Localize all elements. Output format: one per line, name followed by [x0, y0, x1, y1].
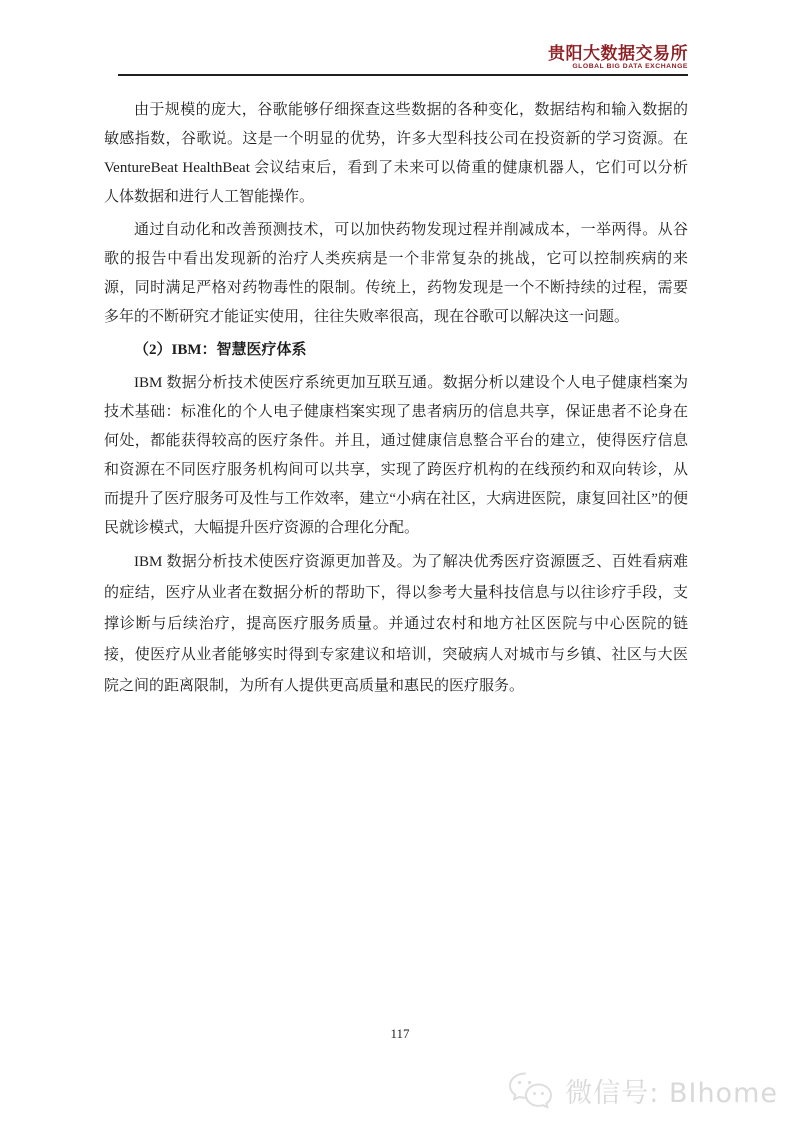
page-number: 117 — [0, 1026, 800, 1042]
paragraph-ibm-access: IBM 数据分析技术使医疗资源更加普及。为了解决优秀医疗资源匮乏、百姓看病难的症… — [104, 547, 688, 702]
watermark-text: 微信号: BIhome — [565, 1071, 778, 1110]
logo-english-name: GLOBAL BIG DATA EXCHANGE — [548, 64, 688, 71]
section-heading-ibm: （2）IBM：智慧医疗体系 — [104, 336, 688, 365]
paragraph-google-data: 由于规模的庞大，谷歌能够仔细探查这些数据的各种变化，数据结构和输入数据的敏感指数… — [104, 96, 688, 212]
logo-chinese-name: 贵阳大数据交易所 — [548, 45, 688, 62]
gbdex-logo: 贵阳大数据交易所 GLOBAL BIG DATA EXCHANGE — [548, 45, 688, 71]
wechat-icon — [507, 1070, 553, 1110]
document-body: 由于规模的庞大，谷歌能够仔细探查这些数据的各种变化，数据结构和输入数据的敏感指数… — [104, 96, 688, 706]
paragraph-ibm-interconnect: IBM 数据分析技术使医疗系统更加互联互通。数据分析以建设个人电子健康档案为技术… — [104, 369, 688, 543]
header-divider — [118, 74, 688, 76]
watermark: 微信号: BIhome — [507, 1070, 778, 1110]
paragraph-drug-discovery: 通过自动化和改善预测技术，可以加快药物发现过程并削减成本，一举两得。从谷歌的报告… — [104, 216, 688, 332]
page-header: 贵阳大数据交易所 GLOBAL BIG DATA EXCHANGE — [0, 0, 800, 76]
